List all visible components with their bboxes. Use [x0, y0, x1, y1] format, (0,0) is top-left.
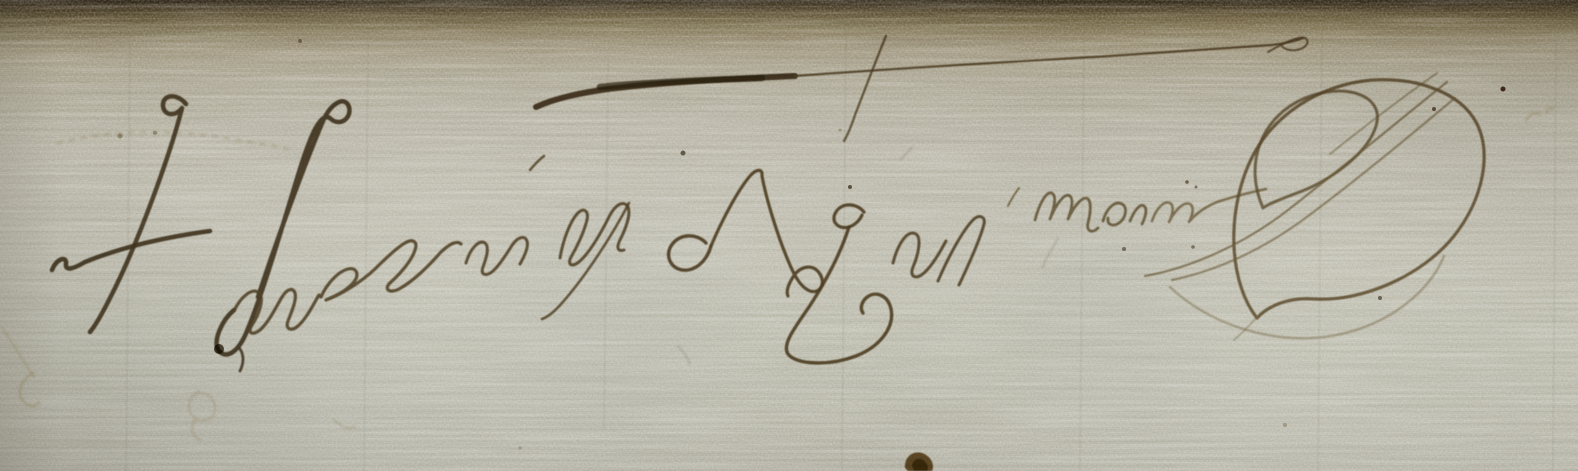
ink-speck-speck-15 [839, 129, 842, 132]
ink-speck-speck-14 [519, 447, 522, 450]
ink-speck-speck-9 [1195, 186, 1198, 189]
ink-speck-speck-7 [1191, 245, 1195, 249]
ink-speck-speck-1 [298, 39, 302, 43]
ink-speck-speck-3 [848, 185, 852, 189]
ink-speck-speck-13 [1283, 423, 1287, 427]
ink-speck-speck-11 [118, 134, 123, 139]
vignette-left-edge [0, 0, 60, 471]
ink-speck-speck-2 [681, 151, 686, 156]
ink-speck-speck-10 [1378, 296, 1382, 300]
ink-speck-uturn-ink-pool [214, 344, 224, 354]
ink-speck-speck-6 [1122, 247, 1126, 251]
manuscript-image [0, 0, 1578, 471]
manuscript-scan: Henriq de gus man [0, 0, 1578, 471]
ink-speck-speck-5 [1432, 107, 1436, 111]
ink-speck-speck-12 [153, 131, 157, 135]
ink-speck-speck-8 [1185, 180, 1189, 184]
ink-speck-speck-4 [1501, 87, 1506, 92]
vignette-top-right [0, 0, 1578, 471]
